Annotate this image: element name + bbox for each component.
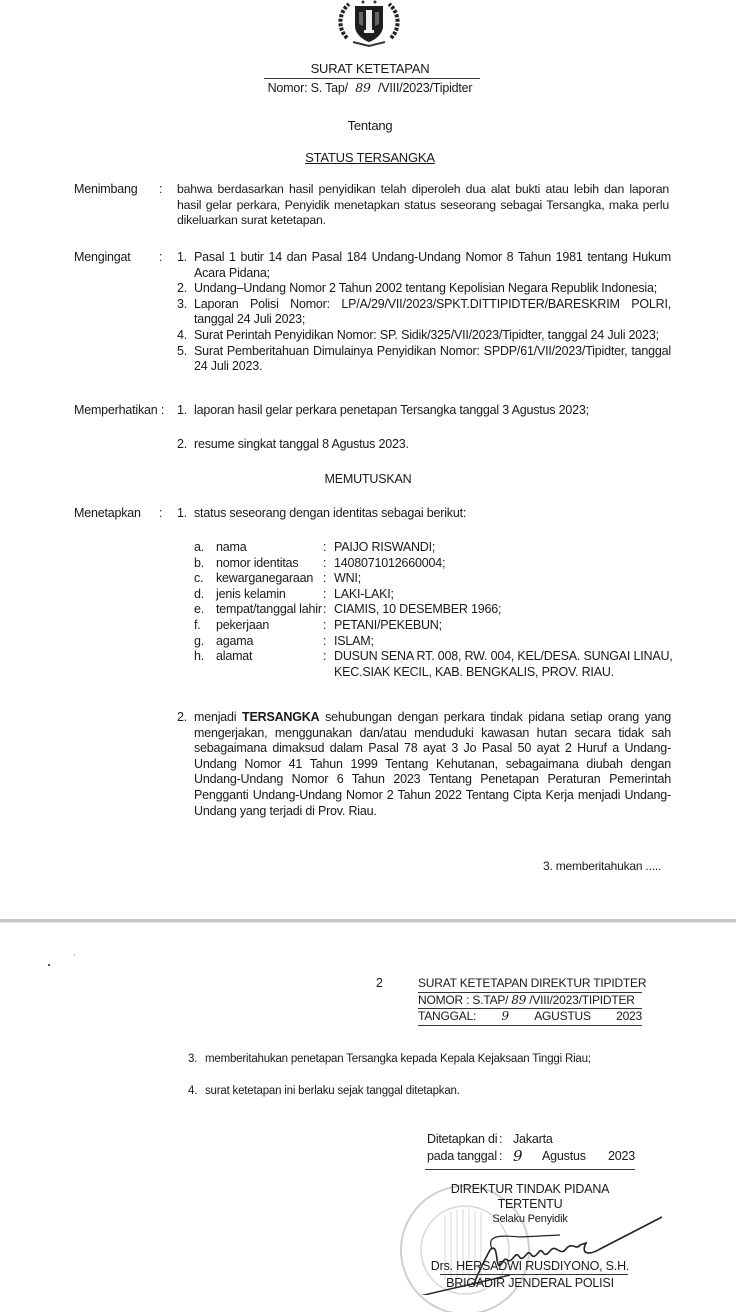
mengingat-item: 5.Surat Pemberitahuan Dimulainya Penyidi… bbox=[177, 344, 671, 375]
nomor-handwritten: 89 bbox=[351, 80, 375, 95]
continued-note: 3. memberitahukan ..... bbox=[543, 859, 661, 873]
identity-row-nomor-identitas: b.nomor identitas:1408071012660004; bbox=[194, 556, 674, 572]
signatory-name: Drs. HERSADWI RUSDIYONO, S.H. bbox=[424, 1259, 636, 1273]
mengingat-item: 3.Laporan Polisi Nomor: LP/A/29/VII/2023… bbox=[177, 297, 671, 328]
title-underline bbox=[264, 78, 480, 79]
identity-row-kewarganegaraan: c.kewarganegaraan:WNI; bbox=[194, 571, 674, 587]
mengingat-list: 1.Pasal 1 butir 14 dan Pasal 184 Undang-… bbox=[177, 250, 671, 375]
identity-row-jenis-kelamin: d.jenis kelamin:LAKI-LAKI; bbox=[194, 587, 674, 603]
page-separator-shadow bbox=[0, 922, 736, 923]
tersangka-text: menjadi TERSANGKA sehubungan dengan perk… bbox=[194, 710, 671, 819]
page2-header-title: SURAT KETETAPAN DIREKTUR TIPIDTER bbox=[418, 976, 642, 993]
place-date-block: Ditetapkan di:Jakarta pada tanggal:9Agus… bbox=[427, 1131, 637, 1165]
menetapkan-item-1: 1.status seseorang dengan identitas seba… bbox=[177, 506, 671, 522]
document-number: Nomor: S. Tap/ 89 /VIII/2023/Tipidter bbox=[260, 80, 480, 95]
menetapkan-label: Menetapkan bbox=[74, 506, 141, 520]
memperhatikan-item-2: 2.resume singkat tanggal 8 Agustus 2023. bbox=[177, 437, 671, 453]
memutuskan-heading: MEMUTUSKAN bbox=[0, 472, 736, 486]
memperhatikan-label: Memperhatikan : bbox=[74, 403, 164, 417]
menetapkan-colon: : bbox=[159, 506, 162, 520]
document-title: SURAT KETETAPAN bbox=[260, 61, 480, 76]
mengingat-item: 1.Pasal 1 butir 14 dan Pasal 184 Undang-… bbox=[177, 250, 671, 281]
identity-row-alamat: h.alamat:DUSUN SENA RT. 008, RW. 004, KE… bbox=[194, 649, 674, 680]
police-emblem-icon bbox=[333, 0, 405, 48]
menimbang-colon: : bbox=[159, 182, 162, 196]
identity-row-pekerjaan: f.pekerjaan:PETANI/PEKEBUN; bbox=[194, 618, 674, 634]
identity-row-nama: a.nama:PAIJO RISWANDI; bbox=[194, 540, 674, 556]
nomor-prefix: Nomor: S. Tap/ bbox=[268, 81, 348, 95]
page2-header-tanggal: TANGGAL:9AGUSTUS2023 bbox=[418, 1009, 642, 1026]
page2-header-nomor: NOMOR : S.TAP/89/VIII/2023/TIPIDTER bbox=[418, 993, 642, 1010]
document-page-1: SURAT KETETAPAN Nomor: S. Tap/ 89 /VIII/… bbox=[0, 0, 736, 920]
identity-row-agama: g.agama:ISLAM; bbox=[194, 634, 674, 650]
signatory-rank: BRIGADIR JENDERAL POLISI bbox=[424, 1276, 636, 1290]
mengingat-item: 2.Undang–Undang Nomor 2 Tahun 2002 tenta… bbox=[177, 281, 671, 297]
signatory-name-underline bbox=[440, 1274, 628, 1275]
date-underline bbox=[425, 1169, 635, 1170]
document-subject: STATUS TERSANGKA bbox=[260, 150, 480, 165]
tersangka-bold: TERSANGKA bbox=[242, 710, 319, 724]
mengingat-item: 4.Surat Perintah Penyidikan Nomor: SP. S… bbox=[177, 328, 671, 344]
page2-item-3: 3. memberitahukan penetapan Tersangka ke… bbox=[188, 1053, 591, 1065]
identity-row-ttl: e.tempat/tanggal lahir:CIAMIS, 10 DESEMB… bbox=[194, 602, 674, 618]
mengingat-label: Mengingat bbox=[74, 250, 131, 264]
memperhatikan-item-1: 1.laporan hasil gelar perkara penetapan … bbox=[177, 403, 671, 419]
nomor-suffix: /VIII/2023/Tipidter bbox=[378, 81, 472, 95]
menimbang-text: bahwa berdasarkan hasil penyidikan telah… bbox=[177, 182, 669, 229]
page2-item-4: 4. surat ketetapan ini berlaku sejak tan… bbox=[188, 1085, 460, 1097]
menetapkan-item-2: 2. menjadi TERSANGKA sehubungan dengan p… bbox=[177, 710, 671, 819]
date-row: pada tanggal:9Agustus2023 bbox=[427, 1148, 637, 1165]
menimbang-label: Menimbang bbox=[74, 182, 138, 196]
place-row: Ditetapkan di:Jakarta bbox=[427, 1131, 637, 1148]
page2-header: SURAT KETETAPAN DIREKTUR TIPIDTER NOMOR … bbox=[418, 976, 642, 1026]
page-number: 2 bbox=[376, 976, 383, 990]
mengingat-colon: : bbox=[159, 250, 162, 264]
identity-table: a.nama:PAIJO RISWANDI; b.nomor identitas… bbox=[194, 540, 674, 680]
tentang-label: Tentang bbox=[260, 118, 480, 133]
